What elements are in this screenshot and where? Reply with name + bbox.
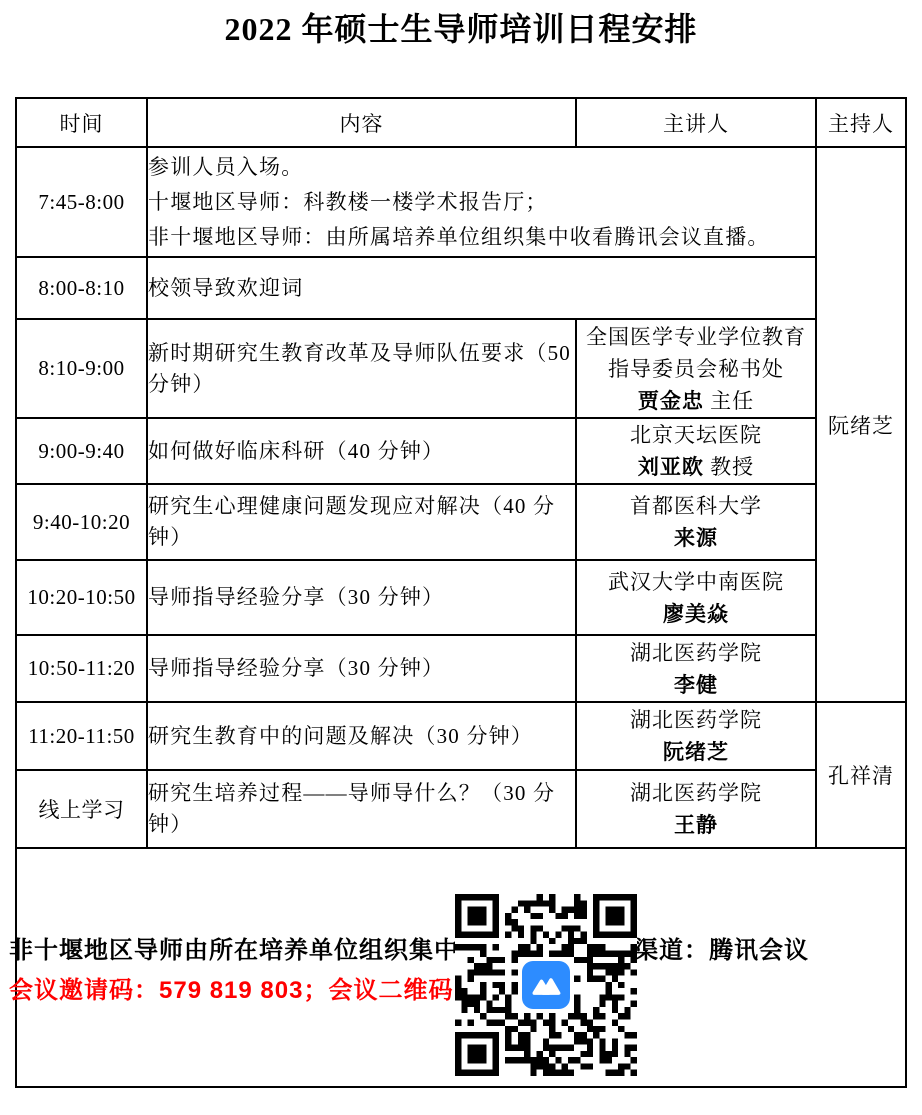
- note-row: 非十堰地区导师由所在培养单位组织集中收看直播，直播渠道：腾讯会议 会议邀请码：5…: [16, 848, 906, 1087]
- speaker-institution: 北京天坛医院: [577, 419, 815, 451]
- content-cell: 研究生教育中的问题及解决（30 分钟）: [147, 702, 576, 770]
- speaker-institution: 首都医科大学: [577, 490, 815, 522]
- speaker-cell: 武汉大学中南医院 廖美焱: [576, 560, 816, 635]
- header-host: 主持人: [816, 98, 906, 147]
- table-row: 8:00-8:10 校领导致欢迎词: [16, 257, 906, 319]
- content-cell: 研究生心理健康问题发现应对解决（40 分钟）: [147, 484, 576, 560]
- content-line: 参训人员入场。: [148, 150, 815, 185]
- speaker-cell: 全国医学专业学位教育指导委员会秘书处 贾金忠 主任: [576, 319, 816, 418]
- time-cell: 11:20-11:50: [16, 702, 147, 770]
- speaker-cell: 湖北医药学院 阮绪芝: [576, 702, 816, 770]
- speaker-name: 阮绪芝: [663, 740, 729, 764]
- table-row: 9:00-9:40 如何做好临床科研（40 分钟） 北京天坛医院 刘亚欧 教授: [16, 418, 906, 484]
- speaker-name: 刘亚欧: [638, 455, 704, 479]
- table-row: 9:40-10:20 研究生心理健康问题发现应对解决（40 分钟） 首都医科大学…: [16, 484, 906, 560]
- speaker-name: 王静: [674, 813, 718, 837]
- speaker-name: 贾金忠: [638, 389, 704, 413]
- speaker-cell: 湖北医药学院 王静: [576, 770, 816, 848]
- content-cell: 研究生培养过程——导师导什么？（30 分钟）: [147, 770, 576, 848]
- host-cell: 孔祥清: [816, 702, 906, 848]
- speaker-name: 来源: [674, 526, 718, 550]
- schedule-table: 时间 内容 主讲人 主持人 7:45-8:00 参训人员入场。 十堰地区导师：科…: [15, 97, 907, 1088]
- header-time: 时间: [16, 98, 147, 147]
- speaker-institution: 湖北医药学院: [577, 777, 815, 809]
- speaker-name: 李健: [674, 673, 718, 697]
- speaker-cell: 北京天坛医院 刘亚欧 教授: [576, 418, 816, 484]
- content-cell: 校领导致欢迎词: [147, 257, 816, 319]
- tencent-meeting-logo-icon: [522, 961, 570, 1009]
- note-cell: 非十堰地区导师由所在培养单位组织集中收看直播，直播渠道：腾讯会议 会议邀请码：5…: [16, 848, 906, 1087]
- table-row: 10:20-10:50 导师指导经验分享（30 分钟） 武汉大学中南医院 廖美焱: [16, 560, 906, 635]
- content-line: 校领导致欢迎词: [148, 273, 815, 304]
- content-line: 十堰地区导师：科教楼一楼学术报告厅；: [148, 185, 815, 220]
- time-cell: 8:00-8:10: [16, 257, 147, 319]
- page-title: 2022 年硕士生导师培训日程安排: [0, 4, 922, 50]
- header-speaker: 主讲人: [576, 98, 816, 147]
- speaker-institution: 湖北医药学院: [577, 637, 815, 669]
- speaker-cell: 湖北医药学院 李健: [576, 635, 816, 702]
- time-cell: 8:10-9:00: [16, 319, 147, 418]
- time-cell: 线上学习: [16, 770, 147, 848]
- time-cell: 7:45-8:00: [16, 147, 147, 257]
- content-cell: 参训人员入场。 十堰地区导师：科教楼一楼学术报告厅； 非十堰地区导师：由所属培养…: [147, 147, 816, 257]
- time-cell: 10:50-11:20: [16, 635, 147, 702]
- time-cell: 9:40-10:20: [16, 484, 147, 560]
- table-row: 10:50-11:20 导师指导经验分享（30 分钟） 湖北医药学院 李健: [16, 635, 906, 702]
- content-cell: 导师指导经验分享（30 分钟）: [147, 560, 576, 635]
- speaker-name-line: 刘亚欧 教授: [577, 451, 815, 483]
- speaker-name-line: 廖美焱: [577, 598, 815, 630]
- speaker-name-line: 王静: [577, 809, 815, 841]
- speaker-name-line: 阮绪芝: [577, 736, 815, 768]
- speaker-cell: 首都医科大学 来源: [576, 484, 816, 560]
- host-cell: 阮绪芝: [816, 147, 906, 702]
- header-content: 内容: [147, 98, 576, 147]
- speaker-name: 廖美焱: [663, 602, 729, 626]
- speaker-title: 主任: [704, 389, 754, 413]
- content-line: 非十堰地区导师：由所属培养单位组织集中收看腾讯会议直播。: [148, 220, 815, 255]
- table-row: 7:45-8:00 参训人员入场。 十堰地区导师：科教楼一楼学术报告厅； 非十堰…: [16, 147, 906, 257]
- header-row: 时间 内容 主讲人 主持人: [16, 98, 906, 147]
- speaker-institution: 全国医学专业学位教育指导委员会秘书处: [577, 321, 815, 385]
- table-row: 8:10-9:00 新时期研究生教育改革及导师队伍要求（50 分钟） 全国医学专…: [16, 319, 906, 418]
- time-cell: 10:20-10:50: [16, 560, 147, 635]
- qr-code: [455, 894, 637, 1076]
- speaker-name-line: 来源: [577, 522, 815, 554]
- content-cell: 如何做好临床科研（40 分钟）: [147, 418, 576, 484]
- speaker-name-line: 贾金忠 主任: [577, 385, 815, 417]
- content-cell: 新时期研究生教育改革及导师队伍要求（50 分钟）: [147, 319, 576, 418]
- speaker-institution: 武汉大学中南医院: [577, 566, 815, 598]
- table-row: 线上学习 研究生培养过程——导师导什么？（30 分钟） 湖北医药学院 王静: [16, 770, 906, 848]
- speaker-title: 教授: [704, 455, 754, 479]
- speaker-institution: 湖北医药学院: [577, 704, 815, 736]
- table-row: 11:20-11:50 研究生教育中的问题及解决（30 分钟） 湖北医药学院 阮…: [16, 702, 906, 770]
- time-cell: 9:00-9:40: [16, 418, 147, 484]
- content-cell: 导师指导经验分享（30 分钟）: [147, 635, 576, 702]
- speaker-name-line: 李健: [577, 669, 815, 701]
